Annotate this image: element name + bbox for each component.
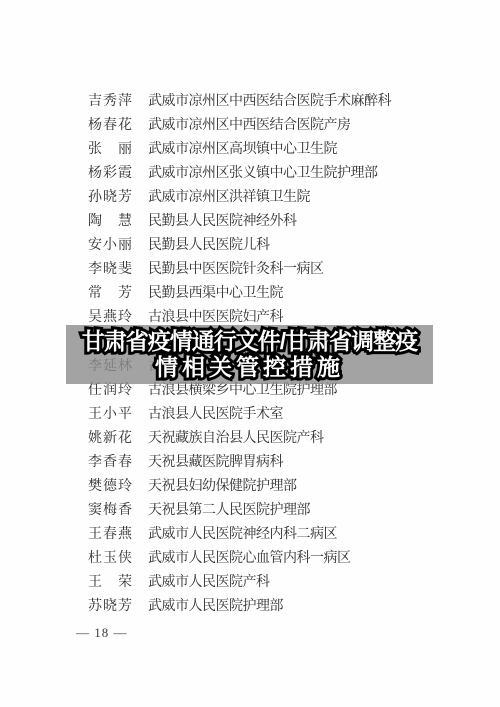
person-name: 杨彩霞	[88, 162, 148, 182]
caption-title: 甘肃省疫情通行文件/甘肃省调整疫 情相关管控措施	[58, 328, 441, 380]
person-name: 陶 慧	[88, 210, 148, 230]
affiliation: 天祝县藏医院脾胃病科	[148, 451, 283, 471]
affiliation: 天祝县第二人民医院护理部	[148, 499, 310, 519]
affiliation: 古浪县中医医院妇产科	[148, 306, 283, 326]
affiliation: 古浪县人民医院手术室	[148, 403, 283, 423]
person-name: 常 芳	[88, 282, 148, 302]
affiliation: 武威市人民医院心血管内科一病区	[148, 547, 351, 567]
person-name: 杨春花	[88, 114, 148, 134]
document-page: 吉秀萍 武威市凉州区中西医结合医院手术麻醉科 杨春花 武威市凉州区中西医结合医院…	[0, 0, 500, 707]
affiliation: 民勤县人民医院神经外科	[148, 210, 297, 230]
person-name: 王小平	[88, 403, 148, 423]
person-name: 孙晓芳	[88, 186, 148, 206]
affiliation: 武威市凉州区高坝镇中心卫生院	[148, 138, 337, 158]
person-name: 樊德玲	[88, 475, 148, 495]
person-name: 吉秀萍	[88, 90, 148, 110]
affiliation: 武威市凉州区洪祥镇卫生院	[148, 186, 310, 206]
roster-row: 杨彩霞 武威市凉州区张义镇中心卫生院护理部	[88, 160, 468, 184]
roster-row: 杜玉侠 武威市人民医院心血管内科一病区	[88, 545, 468, 569]
roster-row: 苏晓芳 武威市人民医院护理部	[88, 593, 468, 617]
roster-row: 杨春花 武威市凉州区中西医结合医院产房	[88, 112, 468, 136]
affiliation: 民勤县中医医院针灸科一病区	[148, 258, 324, 278]
affiliation: 民勤县西渠中心卫生院	[148, 282, 283, 302]
person-name: 安小丽	[88, 234, 148, 254]
affiliation: 武威市凉州区中西医结合医院产房	[148, 114, 351, 134]
roster-row: 姚新花 天祝藏族自治县人民医院产科	[88, 425, 468, 449]
roster-row: 王 荣 武威市人民医院产科	[88, 569, 468, 593]
person-name: 王 荣	[88, 571, 148, 591]
roster-row: 孙晓芳 武威市凉州区洪祥镇卫生院	[88, 184, 468, 208]
person-name: 姚新花	[88, 427, 148, 447]
affiliation: 武威市人民医院护理部	[148, 595, 283, 615]
roster-row: 樊德玲 天祝县妇幼保健院护理部	[88, 473, 468, 497]
person-name: 王春燕	[88, 523, 148, 543]
affiliation: 民勤县人民医院儿科	[148, 234, 270, 254]
person-name: 李香春	[88, 451, 148, 471]
person-name: 张 丽	[88, 138, 148, 158]
roster-row: 张 丽 武威市凉州区高坝镇中心卫生院	[88, 136, 468, 160]
roster-row: 李香春 天祝县藏医院脾胃病科	[88, 449, 468, 473]
caption-overlay: 甘肃省疫情通行文件/甘肃省调整疫 情相关管控措施 甘肃省疫情通行文件/甘肃省调整…	[66, 325, 433, 384]
person-name: 苏晓芳	[88, 595, 148, 615]
roster-row: 窦梅香 天祝县第二人民医院护理部	[88, 497, 468, 521]
affiliation: 天祝藏族自治县人民医院产科	[148, 427, 324, 447]
roster-row: 常 芳 民勤县西渠中心卫生院	[88, 280, 468, 304]
affiliation: 武威市人民医院神经内科二病区	[148, 523, 337, 543]
roster-row: 陶 慧 民勤县人民医院神经外科	[88, 208, 468, 232]
roster-row: 吉秀萍 武威市凉州区中西医结合医院手术麻醉科	[88, 88, 468, 112]
person-name: 窦梅香	[88, 499, 148, 519]
person-name: 李晓斐	[88, 258, 148, 278]
affiliation: 武威市凉州区张义镇中心卫生院护理部	[148, 162, 378, 182]
affiliation: 武威市人民医院产科	[148, 571, 270, 591]
caption-line2: 情相关管控措施	[58, 354, 441, 380]
roster-row: 李晓斐 民勤县中医医院针灸科一病区	[88, 256, 468, 280]
person-name: 杜玉侠	[88, 547, 148, 567]
roster-row: 安小丽 民勤县人民医院儿科	[88, 232, 468, 256]
caption-line1: 甘肃省疫情通行文件/甘肃省调整疫	[58, 328, 441, 354]
roster-row: 王小平 古浪县人民医院手术室	[88, 401, 468, 425]
affiliation: 天祝县妇幼保健院护理部	[148, 475, 297, 495]
page-number: — 18 —	[76, 625, 128, 641]
person-name: 吴燕玲	[88, 306, 148, 326]
affiliation: 武威市凉州区中西医结合医院手术麻醉科	[148, 90, 391, 110]
roster-row: 王春燕 武威市人民医院神经内科二病区	[88, 521, 468, 545]
